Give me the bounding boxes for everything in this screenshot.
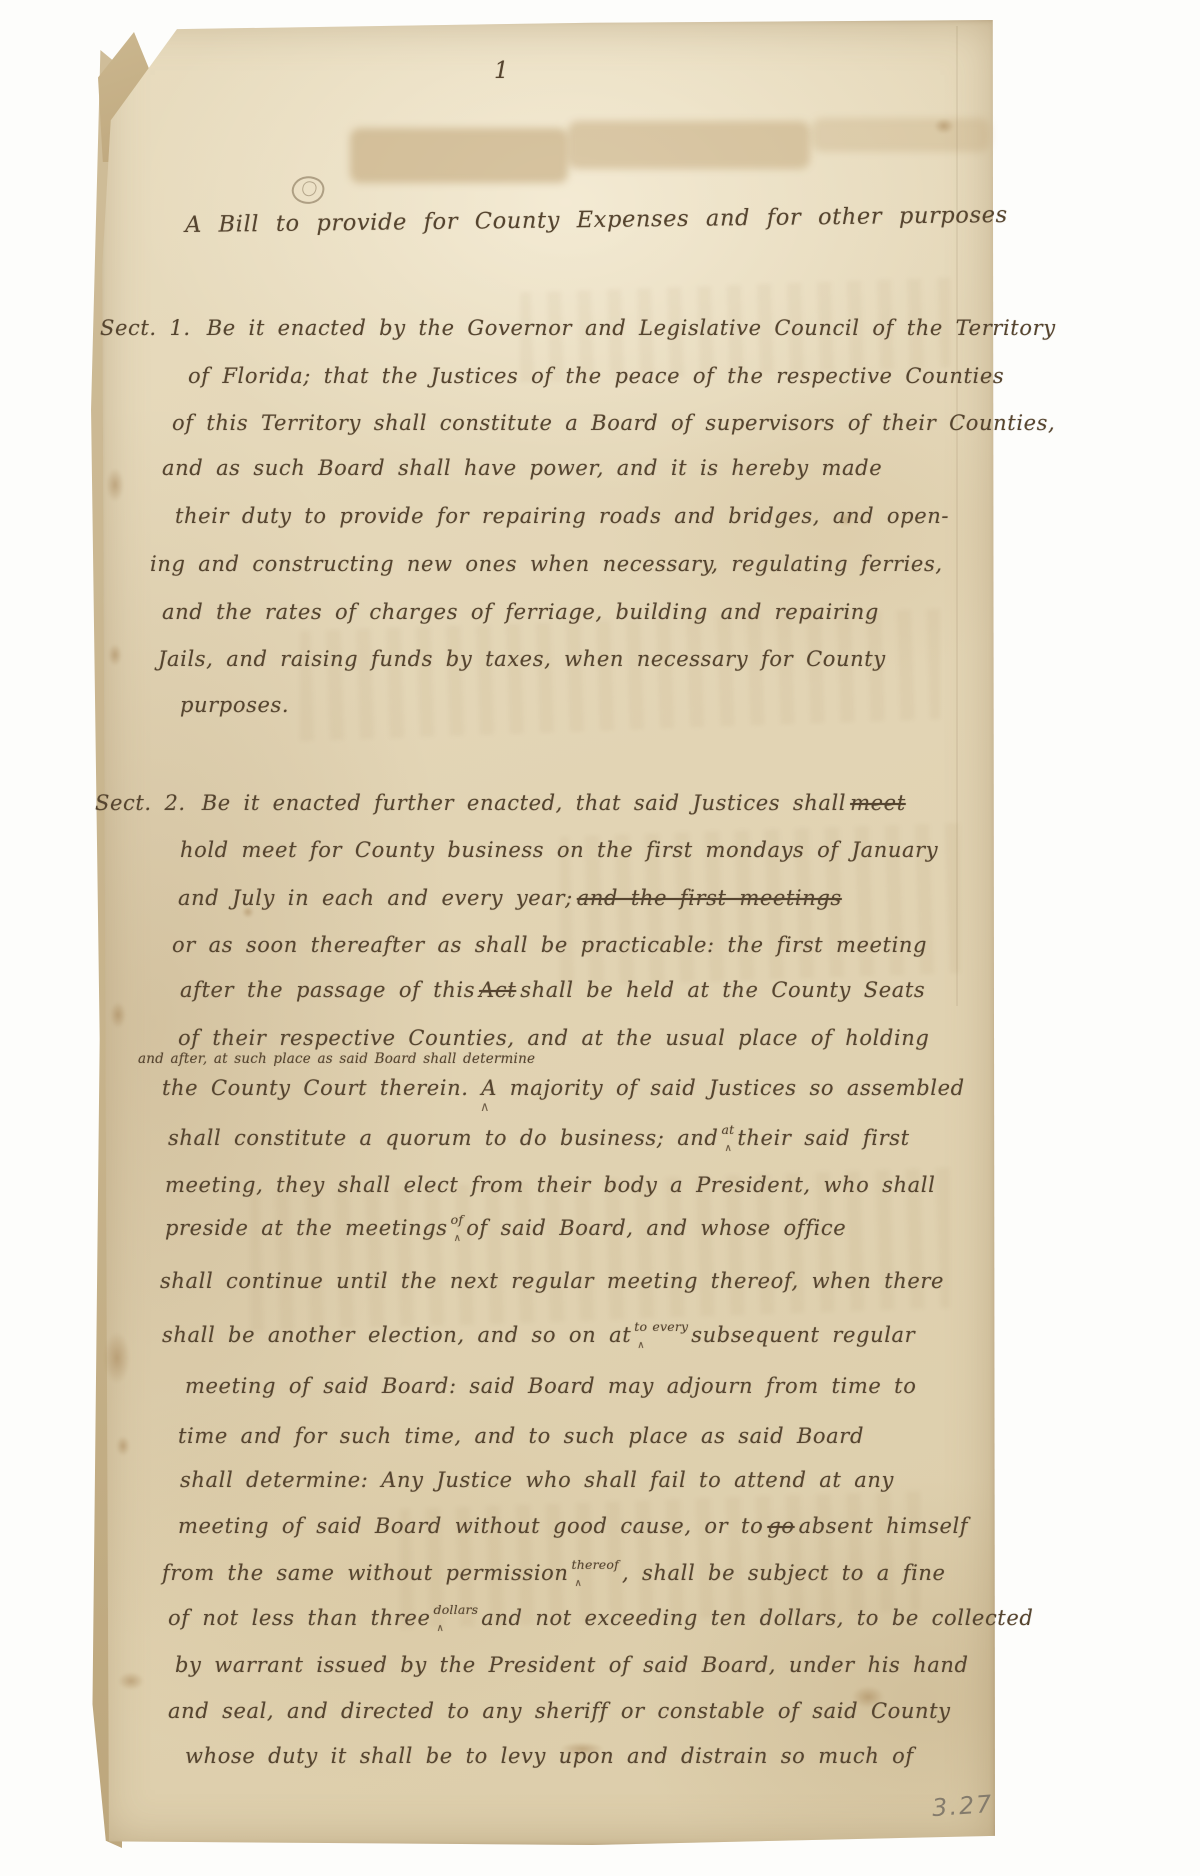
manuscript-text: , shall be subject to a fine — [622, 1561, 946, 1585]
section1-line: their duty to provide for repairing road… — [175, 504, 949, 529]
section2-line: of not less than threedollarsand not exc… — [168, 1606, 1033, 1631]
section2-line: after the passage of thisActshall be hel… — [180, 978, 925, 1003]
manuscript-text: shall be held at the County Seats — [520, 978, 925, 1002]
section1-line: and as such Board shall have power, and … — [162, 456, 882, 481]
manuscript-text: from the same without permission — [162, 1561, 569, 1585]
section2-line: shall continue until the next regular me… — [160, 1269, 944, 1294]
section2-line: shall constitute a quorum to do business… — [168, 1126, 910, 1151]
section1-line: of this Territory shall constitute a Boa… — [172, 411, 1055, 436]
section2-line: time and for such time, and to such plac… — [178, 1424, 864, 1449]
manuscript-text: Be it enacted by the Governor and Legisl… — [207, 316, 1056, 340]
section2-line: and July in each and every year;and the … — [178, 886, 846, 911]
section2-line: whose duty it shall be to levy upon and … — [185, 1744, 914, 1769]
section2-line: meeting of said Board without good cause… — [178, 1514, 968, 1539]
inserted-text: to every — [634, 1319, 688, 1334]
inserted-text: thereof — [572, 1557, 619, 1572]
section2-line: or as soon thereafter as shall be practi… — [172, 933, 927, 958]
manuscript-text: shall be another election, and so on at — [162, 1323, 631, 1347]
inserted-text: of — [451, 1212, 464, 1227]
section2-line: Sect. 2.Be it enacted further enacted, t… — [95, 791, 910, 816]
section2-line: by warrant issued by the President of sa… — [175, 1653, 969, 1678]
interlined-insertion: and after, at such place as said Board s… — [138, 1051, 535, 1067]
caret-mark — [480, 1100, 490, 1115]
struck-text: go — [767, 1514, 794, 1538]
section2-line: of their respective Counties, and at the… — [178, 1026, 929, 1051]
section2-line: meeting of said Board: said Board may ad… — [185, 1374, 916, 1399]
section2-line: shall determine: Any Justice who shall f… — [180, 1468, 894, 1493]
section2-line: preside at the meetingsofof said Board, … — [165, 1216, 846, 1241]
section1-label: Sect. 1. — [100, 316, 191, 340]
inserted-text: dollars — [434, 1602, 479, 1617]
section2-label: Sect. 2. — [95, 791, 186, 815]
struck-text: and the first meetings — [577, 886, 842, 910]
manuscript-text: after the passage of this — [180, 978, 475, 1002]
manuscript-text: subsequent regular — [691, 1323, 915, 1347]
manuscript-text: Be it enacted further enacted, that said… — [202, 791, 846, 815]
struck-text: Act — [479, 978, 516, 1002]
section1-line: of Florida; that the Justices of the pea… — [188, 364, 1004, 389]
manuscript-text: meeting of said Board without good cause… — [178, 1514, 763, 1538]
manuscript-text: and not exceeding ten dollars, to be col… — [481, 1606, 1033, 1630]
under-sheet-bottom — [118, 1843, 994, 1872]
manuscript-text: and July in each and every year; — [178, 886, 573, 910]
page-number: 1 — [494, 58, 509, 86]
manuscript-text: their said first — [737, 1126, 909, 1150]
inserted-text: at — [721, 1122, 734, 1137]
section1-line: ing and constructing new ones when neces… — [150, 552, 943, 577]
section1-line: Jails, and raising funds by taxes, when … — [158, 647, 886, 672]
section2-line: shall be another election, and so on att… — [162, 1323, 915, 1348]
section2-line: the County Court therein. A majority of … — [162, 1076, 965, 1101]
archival-pencil-number: 3.27 — [931, 1790, 994, 1822]
section2-line: hold meet for County business on the fir… — [180, 838, 938, 863]
manuscript-text: of not less than three — [168, 1606, 431, 1630]
manuscript-text: of said Board, and whose office — [466, 1216, 846, 1240]
manuscript-text: shall constitute a quorum to do business… — [168, 1126, 718, 1150]
section1-line: purposes. — [180, 693, 289, 718]
manuscript-text: absent himself — [799, 1514, 969, 1538]
section2-line: meeting, they shall elect from their bod… — [165, 1173, 935, 1198]
section2-line: and seal, and directed to any sheriff or… — [168, 1699, 951, 1724]
section2-line: from the same without permissionthereof,… — [162, 1561, 946, 1586]
section1-line: and the rates of charges of ferriage, bu… — [162, 600, 879, 625]
scan-background: 1 A Bill to provide for County Expenses … — [0, 0, 1200, 1876]
struck-text: meet — [850, 791, 906, 815]
manuscript-text: preside at the meetings — [165, 1216, 448, 1240]
section1-line: Sect. 1.Be it enacted by the Governor an… — [100, 316, 1056, 341]
